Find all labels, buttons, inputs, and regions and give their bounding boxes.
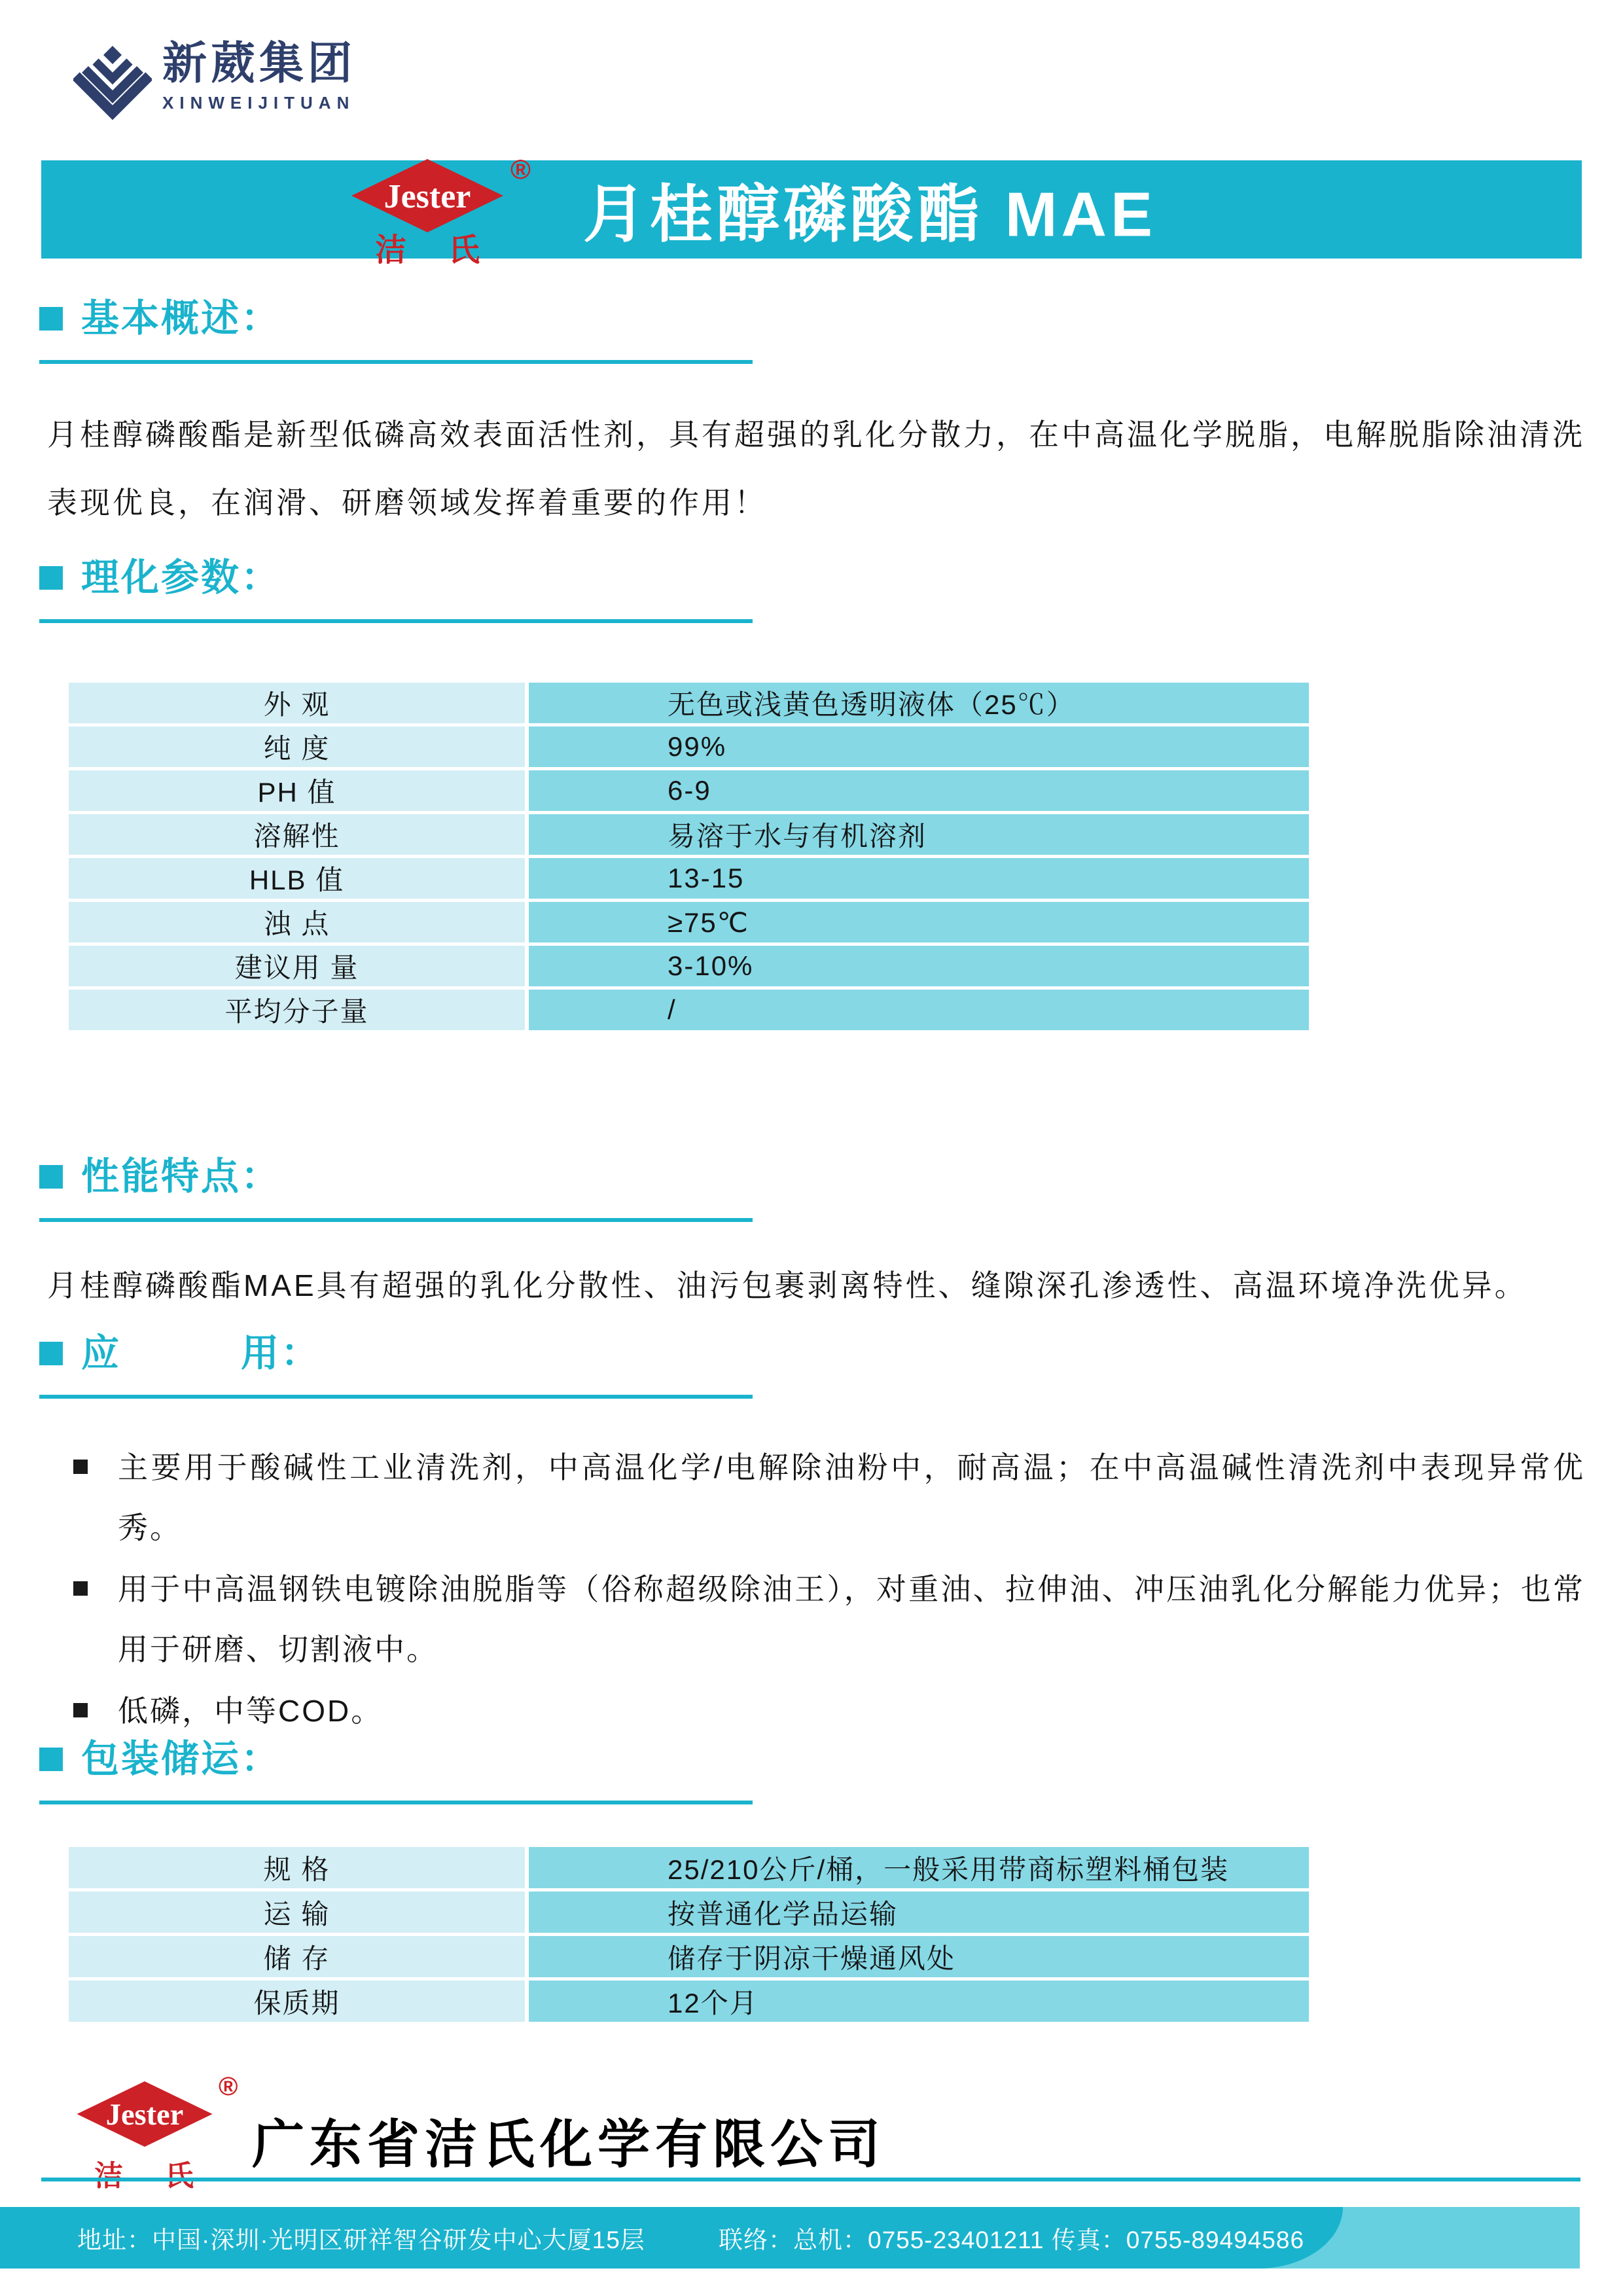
jester-cn-right: 氏: [448, 224, 480, 270]
footer-bar: 地址：中国·深圳·光明区研祥智谷研发中心大厦15层 联络：总机：0755-234…: [0, 2207, 1343, 2269]
row-value: 6-9: [529, 770, 1309, 811]
table-row: 溶解性 易溶于水与有机溶剂: [69, 814, 1309, 855]
footer-divider-rule: [41, 2178, 1580, 2181]
heading-rule: [39, 360, 753, 364]
jester-logo-header: Jester ® 洁 氏: [351, 159, 503, 264]
row-label: 保质期: [69, 1981, 525, 2022]
jester-cn-left: 洁: [94, 2152, 123, 2194]
table-row: 外 观 无色或浅黄色透明液体（25℃）: [69, 683, 1309, 723]
table-row: 平均分子量 /: [69, 990, 1309, 1030]
list-item: 用于中高温钢铁电镀除油脱脂等（俗称超级除油王），对重油、拉伸油、冲压油乳化分解能…: [73, 1559, 1585, 1679]
table-row: 浊 点 ≥75℃: [69, 902, 1309, 942]
packaging-heading-label: 包装储运：: [81, 1736, 281, 1782]
row-label: 平均分子量: [69, 990, 525, 1030]
jester-cn-name: 洁 氏: [375, 224, 480, 270]
row-label: PH 值: [69, 770, 525, 811]
row-label: HLB 值: [69, 858, 525, 899]
row-label: 运 输: [69, 1892, 525, 1933]
physical-heading-label: 理化参数：: [81, 555, 281, 601]
jester-cn-left: 洁: [375, 224, 406, 270]
item-text: 用于中高温钢铁电镀除油脱脂等（俗称超级除油王），对重油、拉伸油、冲压油乳化分解能…: [118, 1559, 1585, 1679]
row-value: 25/210公斤/桶，一般采用带商标塑料桶包装: [529, 1847, 1309, 1888]
registered-mark-icon: ®: [219, 2072, 238, 2102]
physical-table: 外 观 无色或浅黄色透明液体（25℃） 纯 度 99% PH 值 6-9 溶解性…: [69, 683, 1309, 1033]
datasheet-page: 新葳集团 XINWEIJITUAN 月桂醇磷酸酯 MAE Jester ® 洁 …: [0, 0, 1623, 2296]
features-body: 月桂醇磷酸酯MAE具有超强的乳化分散性、油污包裹剥离特性、缝隙深孔渗透性、高温环…: [47, 1255, 1592, 1316]
row-value: /: [529, 990, 1309, 1030]
heading-rule: [39, 1218, 753, 1222]
section-packaging-heading: 包装储运：: [39, 1736, 753, 1804]
table-row: 规 格 25/210公斤/桶，一般采用带商标塑料桶包装: [69, 1847, 1309, 1888]
row-value: 3-10%: [529, 946, 1309, 986]
section-features-heading: 性能特点：: [39, 1154, 753, 1222]
group-logo: [73, 41, 152, 120]
section-physical-heading: 理化参数：: [39, 555, 753, 623]
jester-diamond-icon: Jester: [351, 159, 503, 232]
company-name: 广东省洁氏化学有限公司: [252, 2102, 885, 2178]
product-title: 月桂醇磷酸酯 MAE: [583, 165, 1156, 255]
jester-wordmark: Jester: [384, 178, 471, 215]
application-heading-label: 应 用：: [81, 1331, 321, 1376]
heading-bullet-icon: [39, 307, 63, 331]
packaging-table: 规 格 25/210公斤/桶，一般采用带商标塑料桶包装 运 输 按普通化学品运输…: [69, 1847, 1309, 2025]
jester-cn-name: 洁 氏: [94, 2152, 194, 2194]
row-value: 12个月: [529, 1981, 1309, 2022]
row-label: 储 存: [69, 1936, 525, 1977]
table-row: 保质期 12个月: [69, 1981, 1309, 2022]
jester-wordmark: Jester: [106, 2098, 184, 2132]
group-name: 新葳集团: [162, 41, 356, 86]
item-text: 主要用于酸碱性工业清洗剂，中高温化学/电解除油粉中，耐高温；在中高温碱性清洗剂中…: [118, 1437, 1585, 1558]
row-label: 浊 点: [69, 902, 525, 942]
table-row: HLB 值 13-15: [69, 858, 1309, 899]
table-row: 建议用 量 3-10%: [69, 946, 1309, 986]
table-row: 运 输 按普通化学品运输: [69, 1892, 1309, 1933]
jester-logo-footer: Jester ® 洁 氏: [76, 2081, 213, 2186]
item-bullet-icon: [73, 1581, 88, 1596]
row-value: 易溶于水与有机溶剂: [529, 814, 1309, 855]
row-label: 规 格: [69, 1847, 525, 1888]
overview-heading-label: 基本概述：: [81, 296, 281, 342]
list-item: 低磷，中等COD。: [73, 1681, 1585, 1741]
item-bullet-icon: [73, 1703, 88, 1717]
section-application-heading: 应 用：: [39, 1331, 753, 1399]
table-row: PH 值 6-9: [69, 770, 1309, 811]
row-value: 储存于阴凉干燥通风处: [529, 1936, 1309, 1977]
group-logo-text: 新葳集团 XINWEIJITUAN: [162, 41, 356, 113]
title-band: 月桂醇磷酸酯 MAE: [41, 160, 1582, 259]
row-value: 13-15: [529, 858, 1309, 899]
features-heading-label: 性能特点：: [81, 1154, 281, 1200]
group-name-en: XINWEIJITUAN: [162, 93, 356, 113]
row-value: 无色或浅黄色透明液体（25℃）: [529, 683, 1309, 723]
row-value: 按普通化学品运输: [529, 1892, 1309, 1933]
jester-diamond-icon: Jester: [76, 2081, 213, 2147]
nested-chevron-diamond-icon: [73, 41, 152, 120]
row-value: ≥75℃: [529, 902, 1309, 942]
row-label: 外 观: [69, 683, 525, 723]
heading-bullet-icon: [39, 1342, 63, 1365]
footer-address: 地址：中国·深圳·光明区研祥智谷研发中心大厦15层: [77, 2220, 645, 2255]
application-list: 主要用于酸碱性工业清洗剂，中高温化学/电解除油粉中，耐高温；在中高温碱性清洗剂中…: [73, 1437, 1585, 1742]
item-bullet-icon: [73, 1460, 88, 1474]
row-value: 99%: [529, 726, 1309, 767]
jester-cn-right: 氏: [165, 2152, 194, 2194]
heading-bullet-icon: [39, 1165, 63, 1189]
heading-rule: [39, 1395, 753, 1399]
heading-rule: [39, 619, 753, 623]
heading-bullet-icon: [39, 1748, 63, 1771]
item-text: 低磷，中等COD。: [118, 1681, 383, 1741]
list-item: 主要用于酸碱性工业清洗剂，中高温化学/电解除油粉中，耐高温；在中高温碱性清洗剂中…: [73, 1437, 1585, 1558]
table-row: 纯 度 99%: [69, 726, 1309, 767]
section-overview-heading: 基本概述：: [39, 296, 753, 364]
registered-mark-icon: ®: [510, 154, 531, 185]
overview-body: 月桂醇磷酸酯是新型低磷高效表面活性剂，具有超强的乳化分散力，在中高温化学脱脂，电…: [47, 401, 1585, 537]
heading-rule: [39, 1801, 753, 1804]
row-label: 溶解性: [69, 814, 525, 855]
row-label: 纯 度: [69, 726, 525, 767]
footer-contact: 联络：总机：0755-23401211 传真：0755-89494586: [719, 2220, 1304, 2255]
table-row: 储 存 储存于阴凉干燥通风处: [69, 1936, 1309, 1977]
heading-bullet-icon: [39, 566, 63, 590]
row-label: 建议用 量: [69, 946, 525, 986]
